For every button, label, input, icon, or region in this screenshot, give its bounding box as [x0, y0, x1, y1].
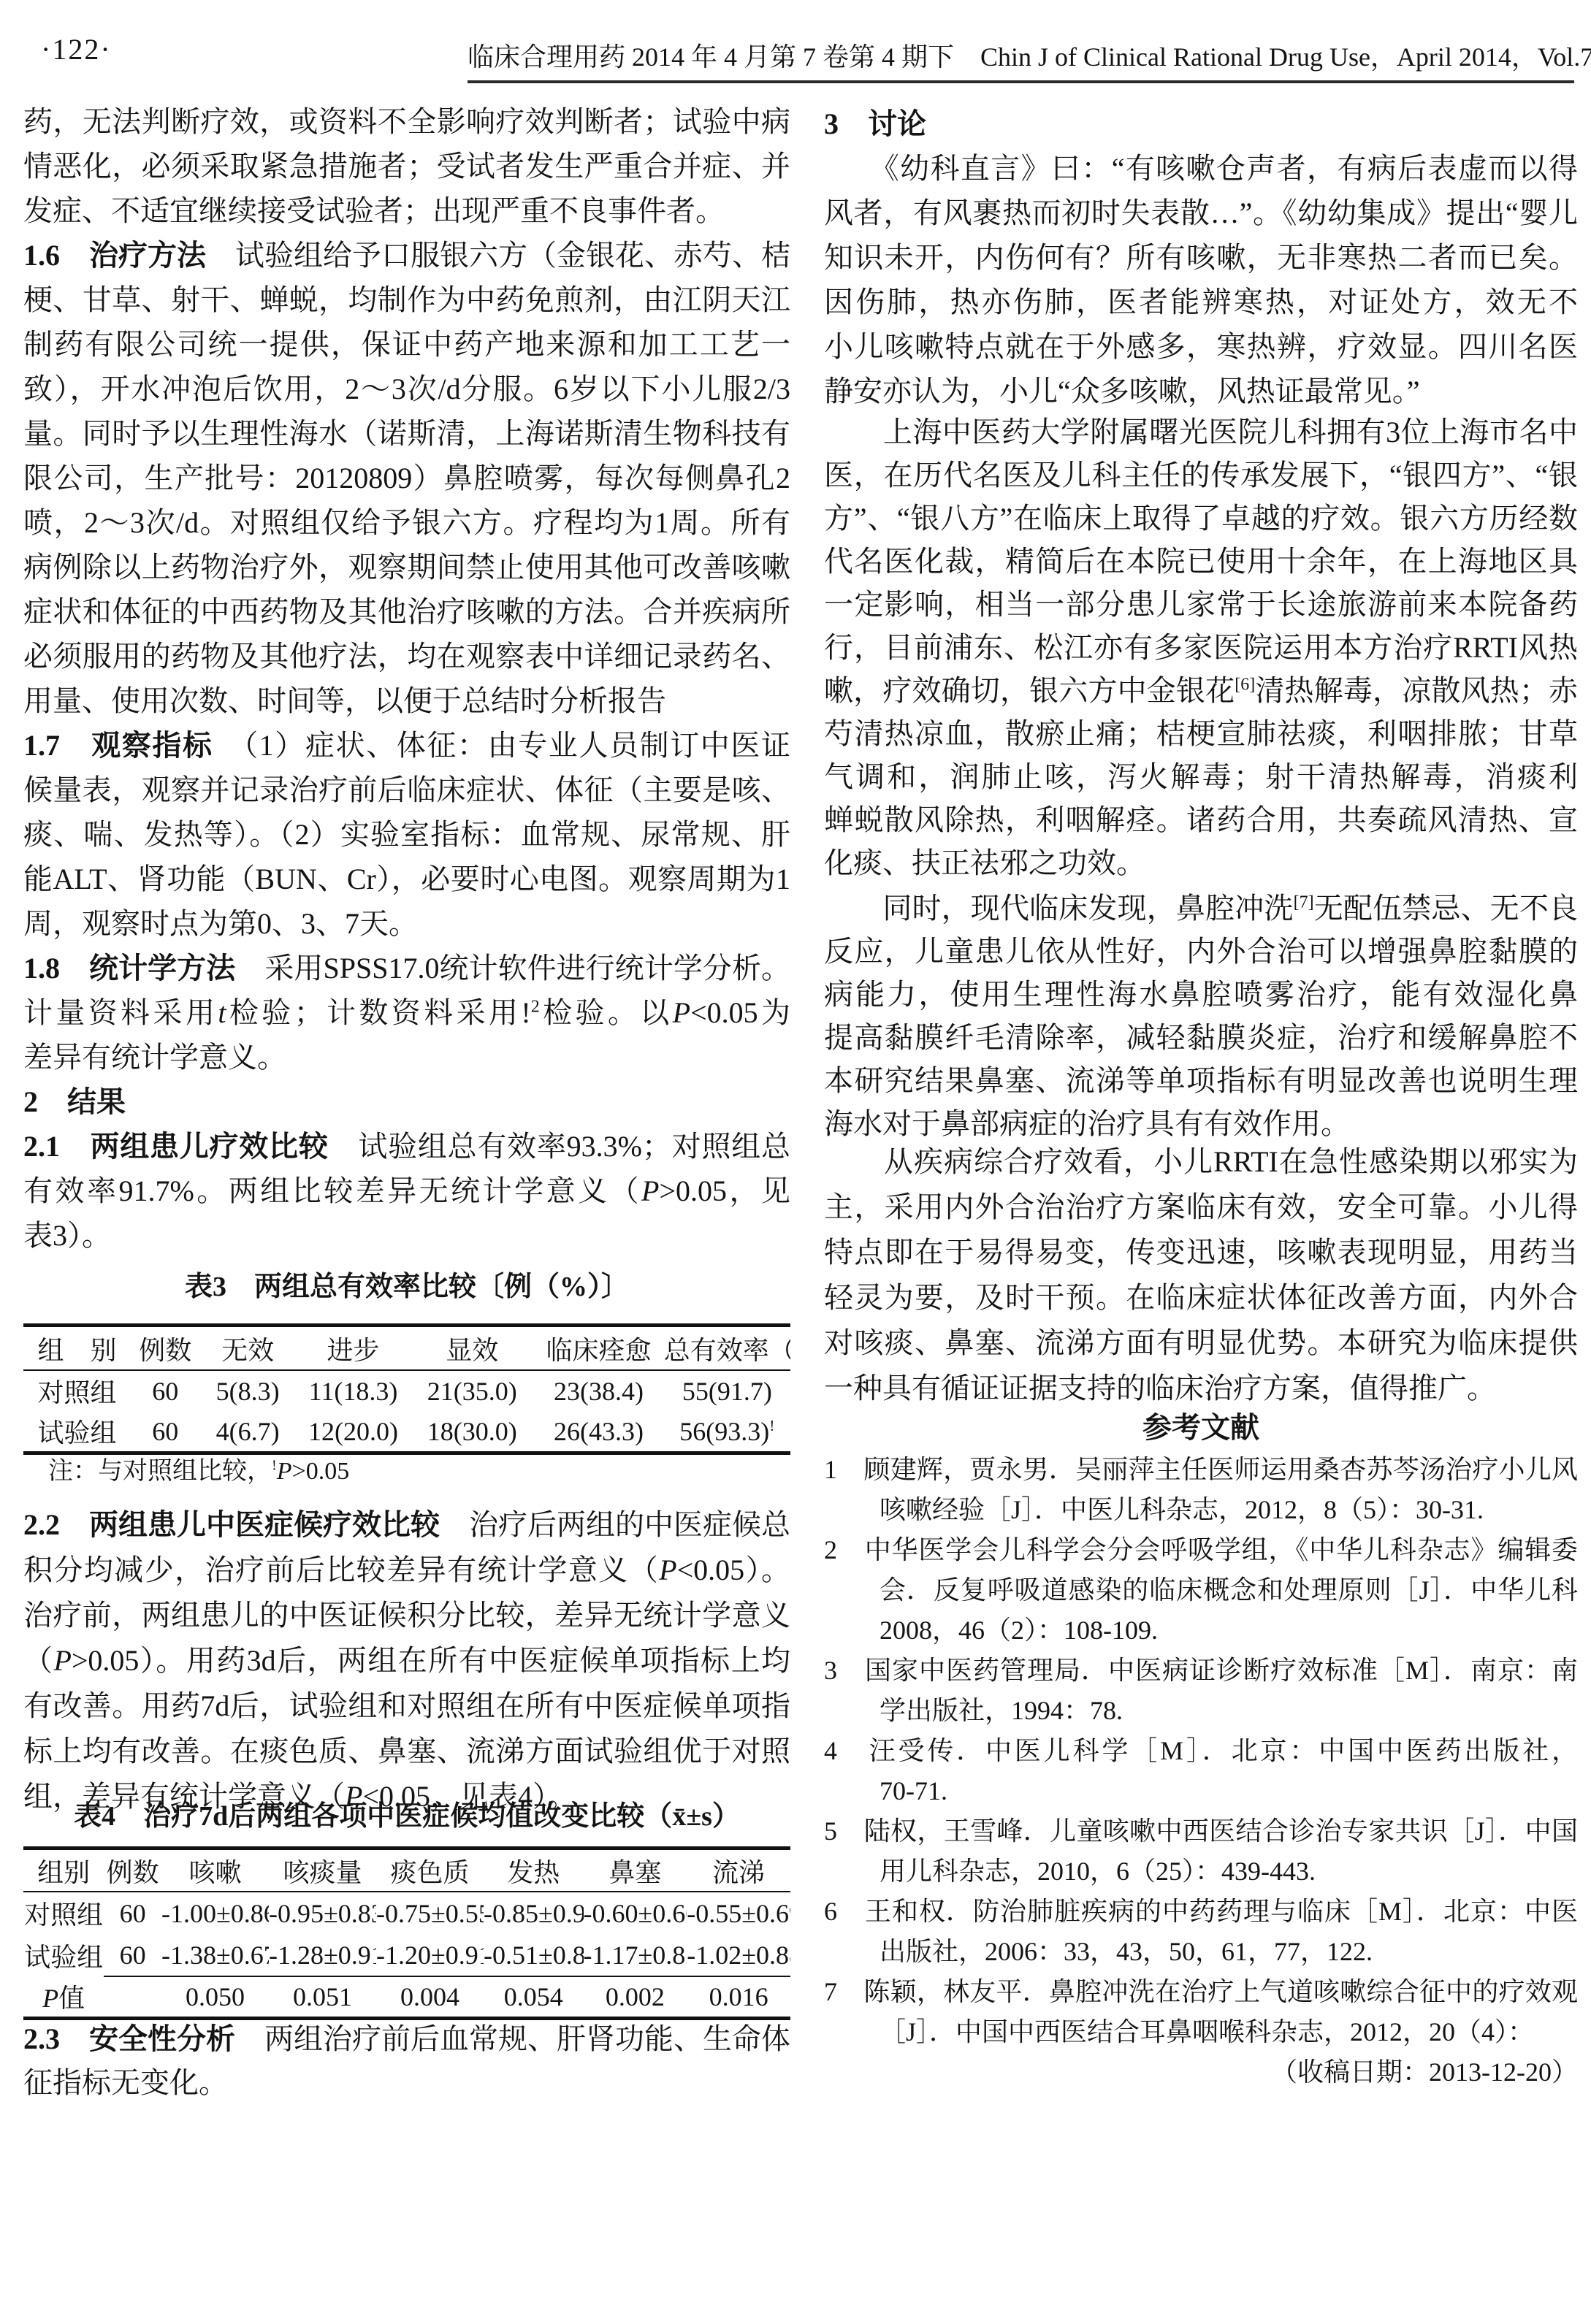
column-header: 进步 — [296, 1326, 411, 1371]
text-line: 反应，儿童患儿依从性好，内外合治可以增强鼻腔黏膜的抗 — [824, 930, 1578, 973]
text-line: 差异有统计学意义。 — [23, 1035, 790, 1079]
table-cell: 对照组 — [23, 1892, 104, 1934]
text-line: 痰、喘、发热等）。（2）实验室指标：血常规、尿常规、肝功 — [23, 812, 790, 857]
table-cell: 试验组 — [23, 1411, 131, 1453]
table4-title: 表4 治疗7d后两组各项中医症候均值改变比较（x̄±s） — [23, 1798, 790, 1835]
column-header: 无效 — [200, 1326, 296, 1371]
references-heading: 参考文献 — [824, 1410, 1578, 1446]
table-row: 对照组60-1.00±0.86-0.95±0.83-0.75±0.55-0.85… — [23, 1892, 790, 1934]
table3: 组 别例数无效进步显效临床痊愈总有效率（%）对照组605(8.3)11(18.3… — [23, 1323, 790, 1455]
text-line: 芍清热凉血，散瘀止痛；桔梗宣肺祛痰，利咽排脓；甘草益 — [824, 712, 1578, 755]
table-cell: 0.054 — [484, 1976, 584, 2019]
text-line: 表3）。 — [23, 1213, 790, 1258]
text-line: 用儿科杂志，2010，6（25）：439-443. — [824, 1851, 1578, 1892]
text-line: 医，在历代名医及儿科主任的传承发展下，“银四方”、“银六 — [824, 454, 1578, 497]
table-cell: -0.60±0.60 — [584, 1892, 687, 1934]
text-line: 有改善。用药7d后，试验组和对照组在所有中医症候单项指 — [23, 1683, 790, 1729]
text-line: 表4 治疗7d后两组各项中医症候均值改变比较（x̄±s） — [23, 1798, 790, 1835]
text-line: 2 结果 — [23, 1079, 790, 1124]
text-line: 风者，有风裹热而初时失表散…”。《幼幼集成》提出“婴儿 — [824, 191, 1578, 235]
text-line: 上海中医药大学附属曙光医院儿科拥有3位上海市名中 — [824, 410, 1578, 454]
table4-grid: 组别例数咳嗽咳痰量痰色质发热鼻塞流涕对照组60-1.00±0.86-0.95±0… — [23, 1846, 790, 2020]
text-line: 70-71. — [824, 1771, 1578, 1811]
text-line: 1.7 观察指标 （1）症状、体征：由专业人员制订中医证 — [23, 723, 790, 768]
text-line: 2008，46（2）：108-109. — [824, 1610, 1578, 1651]
text-line: 有效率91.7%。两组比较差异无统计学意义（P>0.05，见 — [23, 1169, 790, 1213]
table-row: 对照组605(8.3)11(18.3)21(35.0)23(38.4)55(91… — [23, 1370, 790, 1411]
table-header-row: 组别例数咳嗽咳痰量痰色质发热鼻塞流涕 — [23, 1849, 790, 1892]
text-line: 提高黏膜纤毛清除率，减轻黏膜炎症，治疗和缓解鼻腔不适。 — [824, 1016, 1578, 1059]
table-cell: -1.02±0.88 — [687, 1934, 790, 1976]
text-line: 药，无法判断疗效，或资料不全影响疗效判断者；试验中病 — [23, 99, 790, 144]
table-cell: -0.51±0.82 — [484, 1934, 584, 1976]
column-header: 组别 — [23, 1849, 104, 1892]
column-header: 例数 — [131, 1326, 200, 1371]
text-line: 气调和，润肺止咳，泻火解毒；射干清热解毒，消痰利咽； — [824, 755, 1578, 798]
text-line: 行，目前浦东、松江亦有多家医院运用本方治疗RRTI风热咳 — [824, 626, 1578, 669]
text-line: 5 陆权，王雪峰．儿童咳嗽中西医结合诊治专家共识［J］．中国实 — [824, 1811, 1578, 1851]
text-line: 2.3 安全性分析 两组治疗前后血常规、肝肾功能、生命体 — [23, 2017, 790, 2061]
text-line: （收稿日期：2013-12-20） — [824, 2052, 1578, 2092]
text-line: 4 汪受传．中医儿科学［M］．北京：中国中医药出版社，2002： — [824, 1731, 1578, 1771]
table-row: 试验组60-1.38±0.67-1.28±0.91-1.20±0.91-0.51… — [23, 1934, 790, 1976]
column-header: 流涕 — [687, 1849, 790, 1892]
table-cell: 0.050 — [161, 1976, 269, 2019]
column-header: 咳嗽 — [161, 1849, 269, 1892]
journal-page: ·122· 临床合理用药 2014 年 4 月第 7 卷第 4 期下 Chin … — [0, 0, 1591, 2324]
text-line: 同时，现代临床发现，鼻腔冲洗[7]无配伍禁忌、无不良 — [824, 887, 1578, 930]
table-cell: 56(93.3)! — [664, 1411, 790, 1453]
section-2-1-efficacy: 2.1 两组患儿疗效比较 试验组总有效率93.3%；对照组总有效率91.7%。两… — [23, 1124, 790, 1258]
table-cell: 21(35.0) — [411, 1370, 533, 1411]
column-header: 发热 — [484, 1849, 584, 1892]
table4: 组别例数咳嗽咳痰量痰色质发热鼻塞流涕对照组60-1.00±0.86-0.95±0… — [23, 1846, 790, 2020]
text-line: 参考文献 — [824, 1410, 1578, 1446]
text-line: 计量资料采用t检验；计数资料采用!2检验。以P<0.05为 — [23, 990, 790, 1035]
text-line: 代名医化裁，精简后在本院已使用十余年，在上海地区具有 — [824, 540, 1578, 583]
text-line: 周，观察时点为第0、3、7天。 — [23, 901, 790, 946]
text-line: 6 王和权．防治肺脏疾病的中药药理与临床［M］．北京：中医古籍 — [824, 1892, 1578, 1932]
text-line: 从疾病综合疗效看，小儿RRTI在急性感染期以邪实为 — [824, 1139, 1578, 1185]
text-line: 3 讨论 — [824, 102, 1578, 146]
text-line: 主，采用内外合治治疗方案临床有效，安全可靠。小儿得病 — [824, 1185, 1578, 1230]
table-cell: 60 — [104, 1892, 161, 1934]
table-cell: 26(43.3) — [533, 1411, 664, 1453]
column-header: 临床痊愈 — [533, 1326, 664, 1371]
text-line: 能ALT、肾功能（BUN、Cr），必要时心电图。观察周期为1 — [23, 857, 790, 901]
text-line: 用量、使用次数、时间等，以便于总结时分析报告 — [23, 679, 790, 723]
text-line: 标上均有改善。在痰色质、鼻塞、流涕方面试验组优于对照 — [23, 1729, 790, 1774]
text-line: 2.2 两组患儿中医症候疗效比较 治疗后两组的中医症候总 — [23, 1502, 790, 1548]
table-cell: 对照组 — [23, 1370, 131, 1411]
column-header: 痰色质 — [376, 1849, 484, 1892]
text-line: 积分均减少，治疗前后比较差异有统计学意义（P<0.05）。 — [23, 1548, 790, 1593]
text-line: 病能力，使用生理性海水鼻腔喷雾治疗，能有效湿化鼻腔， — [824, 973, 1578, 1016]
table-cell: P值 — [23, 1976, 104, 2019]
table-cell: 60 — [131, 1370, 200, 1411]
table-cell: 0.002 — [584, 1976, 687, 2019]
table-cell: 11(18.3) — [296, 1370, 411, 1411]
text-line: 注：与对照组比较，!P>0.05 — [23, 1453, 790, 1490]
text-line: 7 陈颖，林友平．鼻腔冲洗在治疗上气道咳嗽综合征中的疗效观察 — [824, 1972, 1578, 2012]
table-cell: -0.75±0.55 — [376, 1892, 484, 1934]
text-line: 喷，2～3次/d。对照组仅给予银六方。疗程均为1周。所有 — [23, 500, 790, 545]
text-line: 一定影响，相当一部分患儿家常于长途旅游前来本院备药出 — [824, 583, 1578, 626]
text-line: 病例除以上药物治疗外，观察期间禁止使用其他可改善咳嗽 — [23, 545, 790, 589]
text-line: 蝉蜕散风除热，利咽解痉。诸药合用，共奏疏风清热、宣肺 — [824, 798, 1578, 841]
text-line: 知识未开，内伤何有？所有咳嗽，无非寒热二者而已矣。寒 — [824, 235, 1578, 280]
text-line: 情恶化，必须采取紧急措施者；受试者发生严重合并症、并 — [23, 144, 790, 188]
text-line: 一种具有循证证据支持的临床治疗方案，值得推广。 — [824, 1366, 1578, 1411]
table3-note: 注：与对照组比较，!P>0.05 — [23, 1453, 790, 1490]
discussion-paragraph-4: 从疾病综合疗效看，小儿RRTI在急性感染期以邪实为主，采用内外合治治疗方案临床有… — [824, 1139, 1578, 1411]
section-2-3-safety: 2.3 安全性分析 两组治疗前后血常规、肝肾功能、生命体征指标无变化。 — [23, 2017, 790, 2105]
text-line: 1.8 统计学方法 采用SPSS17.0统计软件进行统计学分析。 — [23, 946, 790, 990]
section-1-8-statistics: 1.8 统计学方法 采用SPSS17.0统计软件进行统计学分析。计量资料采用t检… — [23, 946, 790, 1079]
table-cell: -1.20±0.91 — [376, 1934, 484, 1976]
text-line: 因伤肺，热亦伤肺，医者能辨寒热，对证处方，效无不捷。” — [824, 280, 1578, 324]
text-line: 治疗前，两组患儿的中医证候积分比较，差异无统计学意义 — [23, 1593, 790, 1638]
text-line: 静安亦认为，小儿“众多咳嗽，风热证最常见。” — [824, 369, 1578, 413]
text-line: 小儿咳嗽特点就在于外感多，寒热辨，疗效显。四川名医王 — [824, 324, 1578, 369]
column-header: 鼻塞 — [584, 1849, 687, 1892]
text-line: 《幼科直言》曰：“有咳嗽仓声者，有病后表虚而以得伤 — [824, 146, 1578, 191]
table3-title: 表3 两组总有效率比较〔例（%）〕 — [23, 1269, 790, 1305]
intro-paragraph: 药，无法判断疗效，或资料不全影响疗效判断者；试验中病情恶化，必须采取紧急措施者；… — [23, 99, 790, 233]
text-line: 梗、甘草、射干、蝉蜕，均制作为中药免煎剂，由江阴天江 — [23, 278, 790, 322]
discussion-paragraph-2: 上海中医药大学附属曙光医院儿科拥有3位上海市名中医，在历代名医及儿科主任的传承发… — [824, 410, 1578, 884]
text-line: 对咳痰、鼻塞、流涕方面有明显优势。本研究为临床提供了 — [824, 1320, 1578, 1366]
table-cell: 12(20.0) — [296, 1411, 411, 1453]
table3-grid: 组 别例数无效进步显效临床痊愈总有效率（%）对照组605(8.3)11(18.3… — [23, 1323, 790, 1455]
column-header: 显效 — [411, 1326, 533, 1371]
table-row: 试验组604(6.7)12(20.0)18(30.0)26(43.3)56(93… — [23, 1411, 790, 1453]
text-line: 1 顾建辉，贾永男．吴丽萍主任医师运用桑杏苏芩汤治疗小儿风热 — [824, 1450, 1578, 1490]
results-heading: 2 结果 — [23, 1079, 790, 1124]
table-cell: 60 — [131, 1411, 200, 1453]
text-line: 表3 两组总有效率比较〔例（%）〕 — [23, 1269, 790, 1305]
text-line: 方”、“银八方”在临床上取得了卓越的疗效。银六方历经数 — [824, 497, 1578, 540]
text-line: （P>0.05）。用药3d后，两组在所有中医症候单项指标上均 — [23, 1638, 790, 1683]
table-cell: -0.95±0.83 — [269, 1892, 376, 1934]
text-line: 特点即在于易得易变，传变迅速，咳嗽表现明显，用药当以 — [824, 1230, 1578, 1275]
table-cell: -1.38±0.67 — [161, 1934, 269, 1976]
text-line: 发症、不适宜继续接受试验者；出现严重不良事件者。 — [23, 188, 790, 233]
text-line: 1.6 治疗方法 试验组给予口服银六方（金银花、赤芍、桔 — [23, 233, 790, 278]
text-line: 咳嗽经验［J］．中医儿科杂志，2012，8（5）：30-31. — [824, 1490, 1578, 1530]
column-header: 例数 — [104, 1849, 161, 1892]
table-cell — [104, 1976, 161, 2019]
table-cell: 0.051 — [269, 1976, 376, 2019]
text-line: ［J］．中国中西医结合耳鼻咽喉科杂志，2012，20（4）：277. — [824, 2012, 1578, 2052]
table-cell: -1.28±0.91 — [269, 1934, 376, 1976]
text-line: 3 国家中医药管理局．中医病证诊断疗效标准［M］．南京：南京大 — [824, 1651, 1578, 1691]
discussion-paragraph-1: 《幼科直言》曰：“有咳嗽仓声者，有病后表虚而以得伤风者，有风裹热而初时失表散…”… — [824, 146, 1578, 413]
text-line: 化痰、扶正祛邪之功效。 — [824, 841, 1578, 884]
section-1-6-treatment: 1.6 治疗方法 试验组给予口服银六方（金银花、赤芍、桔梗、甘草、射干、蝉蜕，均… — [23, 233, 790, 723]
table-cell: 4(6.7) — [200, 1411, 296, 1453]
text-line: 轻灵为要，及时干预。在临床症状体征改善方面，内外合治 — [824, 1275, 1578, 1320]
table-cell: -1.17±0.82 — [584, 1934, 687, 1976]
text-line: 致），开水冲泡后饮用，2～3次/d分服。6岁以下小儿服2/3 — [23, 367, 790, 411]
text-line: 出版社，2006：33，43，50，61，77，122. — [824, 1932, 1578, 1972]
table-cell: 23(38.4) — [533, 1370, 664, 1411]
text-line: 会．反复呼吸道感染的临床概念和处理原则［J］．中华儿科杂志， — [824, 1570, 1578, 1610]
column-header: 总有效率（%） — [664, 1326, 790, 1371]
table-cell: 60 — [104, 1934, 161, 1976]
text-line: 限公司，生产批号：20120809）鼻腔喷雾，每次每侧鼻孔2 — [23, 456, 790, 500]
text-line: 学出版社，1994：78. — [824, 1691, 1578, 1731]
discussion-paragraph-3: 同时，现代临床发现，鼻腔冲洗[7]无配伍禁忌、无不良反应，儿童患儿依从性好，内外… — [824, 887, 1578, 1145]
text-line: 症状和体征的中西药物及其他治疗咳嗽的方法。合并疾病所 — [23, 589, 790, 634]
left-column: 药，无法判断疗效，或资料不全影响疗效判断者；试验中病情恶化，必须采取紧急措施者；… — [23, 0, 790, 2324]
text-line: 2.1 两组患儿疗效比较 试验组总有效率93.3%；对照组总 — [23, 1124, 790, 1169]
references-list: 1 顾建辉，贾永男．吴丽萍主任医师运用桑杏苏芩汤治疗小儿风热咳嗽经验［J］．中医… — [824, 1450, 1578, 2092]
table-cell: 55(91.7) — [664, 1370, 790, 1411]
table-cell: -1.00±0.86 — [161, 1892, 269, 1934]
table-cell: 试验组 — [23, 1934, 104, 1976]
table-cell: 0.004 — [376, 1976, 484, 2019]
column-header: 组 别 — [23, 1326, 131, 1371]
table-cell: 0.016 — [687, 1976, 790, 2019]
text-line: 2 中华医学会儿科学会分会呼吸学组，《中华儿科杂志》编辑委员 — [824, 1530, 1578, 1570]
table-cell: -0.55±0.69 — [687, 1892, 790, 1934]
text-line: 征指标无变化。 — [23, 2061, 790, 2105]
text-line: 本研究结果鼻塞、流涕等单项指标有明显改善也说明生理性 — [824, 1059, 1578, 1102]
section-2-2-tcm-syndrome: 2.2 两组患儿中医症候疗效比较 治疗后两组的中医症候总积分均减少，治疗前后比较… — [23, 1502, 790, 1819]
text-line: 必须服用的药物及其他疗法，均在观察表中详细记录药名、 — [23, 634, 790, 679]
table-cell: 18(30.0) — [411, 1411, 533, 1453]
column-header: 咳痰量 — [269, 1849, 376, 1892]
text-line: 候量表，观察并记录治疗前后临床症状、体征（主要是咳、 — [23, 768, 790, 812]
section-1-7-observation: 1.7 观察指标 （1）症状、体征：由专业人员制订中医证候量表，观察并记录治疗前… — [23, 723, 790, 946]
table-cell: -0.85±0.93 — [484, 1892, 584, 1934]
discussion-heading: 3 讨论 — [824, 102, 1578, 146]
text-line: 嗽，疗效确切，银六方中金银花[6]清热解毒，凉散风热；赤 — [824, 669, 1578, 712]
table-row: P值0.0500.0510.0040.0540.0020.016 — [23, 1976, 790, 2019]
table-header-row: 组 别例数无效进步显效临床痊愈总有效率（%） — [23, 1326, 790, 1371]
text-line: 量。同时予以生理性海水（诺斯清，上海诺斯清生物科技有 — [23, 411, 790, 456]
text-line: 制药有限公司统一提供，保证中药产地来源和加工工艺一 — [23, 322, 790, 367]
table-cell: 5(8.3) — [200, 1370, 296, 1411]
right-column: 3 讨论 《幼科直言》曰：“有咳嗽仓声者，有病后表虚而以得伤风者，有风裹热而初时… — [824, 0, 1578, 2324]
